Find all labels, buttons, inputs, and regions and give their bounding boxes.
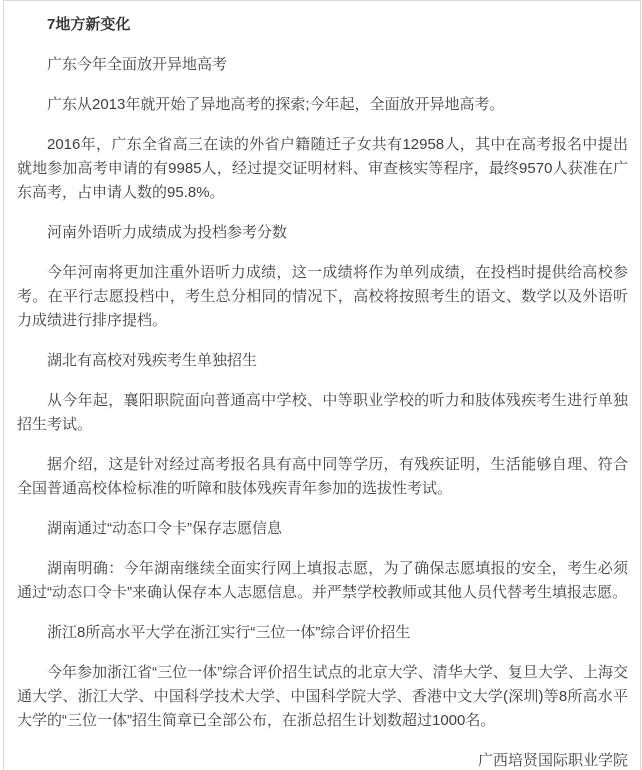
subheading-hunan-password-card: 湖南通过“动态口令卡”保存志愿信息: [17, 517, 628, 541]
paragraph-hubei-xiangyang: 从今年起，襄阳职院面向普通高中学校、中等职业学校的听力和肢体残疾考生进行单独招生…: [17, 389, 628, 437]
subheading-hubei-disabled-enrollment: 湖北有高校对残疾考生单独招生: [17, 349, 628, 373]
subheading-guangdong-yidi-gaokao: 广东今年全面放开异地高考: [17, 53, 628, 77]
paragraph-guangdong-2016-stats: 2016年，广东全省高三在读的外省户籍随迁子女共有12958人，其中在高考报名中…: [17, 133, 628, 205]
subheading-zhejiang-sanweiyiti: 浙江8所高水平大学在浙江实行“三位一体”综合评价招生: [17, 621, 628, 645]
paragraph-zhejiang-universities: 今年参加浙江省“三位一体”综合评价招生试点的北京大学、清华大学、复旦大学、上海交…: [17, 661, 628, 733]
watermark-signature: 广西培贤国际职业学院: [17, 749, 628, 770]
paragraph-guangdong-intro: 广东从2013年就开始了异地高考的探索;今年起，全面放开异地高考。: [17, 93, 628, 117]
paragraph-hubei-exam-criteria: 据介绍，这是针对经过高考报名具有高中同等学历，有残疾证明，生活能够自理、符合全国…: [17, 453, 628, 501]
paragraph-henan-detail: 今年河南将更加注重外语听力成绩，这一成绩将作为单列成绩，在投档时提供给高校参考。…: [17, 261, 628, 333]
paragraph-hunan-detail: 湖南明确：今年湖南继续全面实行网上填报志愿，为了确保志愿填报的安全，考生必须通过…: [17, 557, 628, 605]
subheading-henan-listening-score: 河南外语听力成绩成为投档参考分数: [17, 221, 628, 245]
article-body: 7地方新变化 广东今年全面放开异地高考 广东从2013年就开始了异地高考的探索;…: [3, 0, 641, 770]
article-heading: 7地方新变化: [17, 13, 628, 37]
